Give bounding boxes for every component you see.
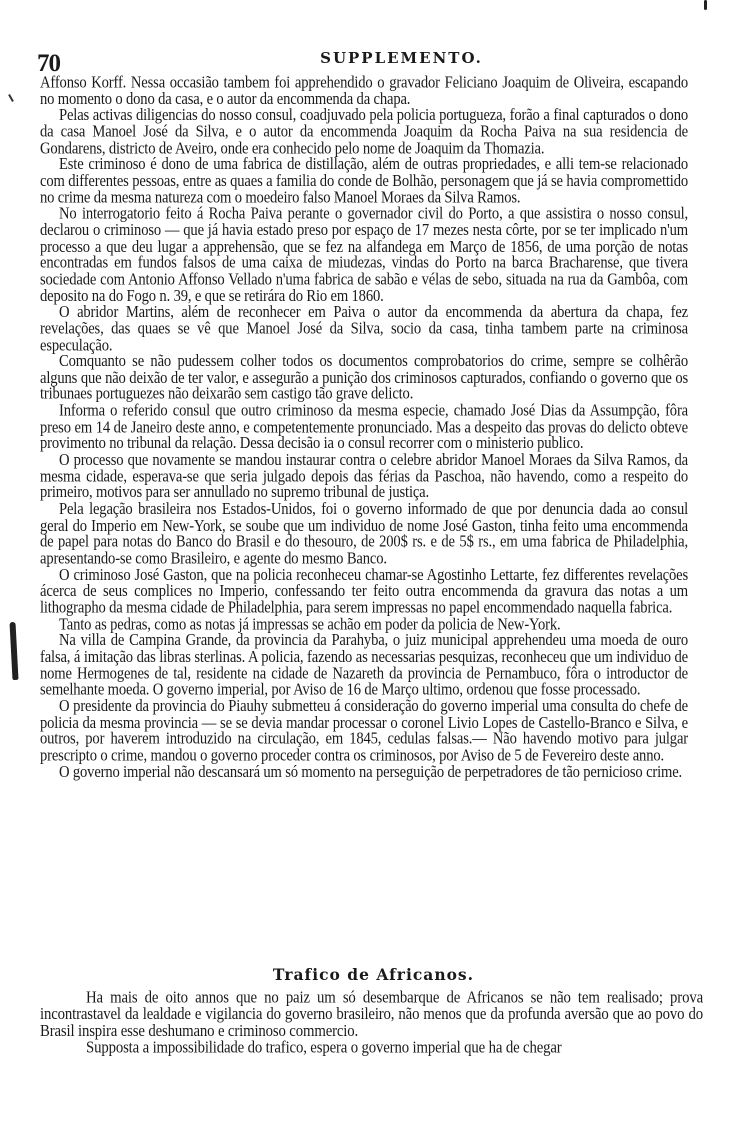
paragraph: O criminoso José Gaston, que na policia … xyxy=(40,567,688,616)
paragraph: O presidente da provincia do Piauhy subm… xyxy=(40,699,688,765)
paragraph: Na villa de Campina Grande, da provincia… xyxy=(40,633,688,699)
paragraph: Comquanto se não pudessem colher todos o… xyxy=(40,354,688,403)
paragraph: Affonso Korff. Nessa occasião tambem foi… xyxy=(40,75,688,108)
paragraph: Informa o referido consul que outro crim… xyxy=(40,403,688,452)
margin-tick-mark xyxy=(8,94,14,102)
margin-ink-mark xyxy=(9,622,18,680)
paragraph: Pela legação brasileira nos Estados-Unid… xyxy=(40,502,688,568)
paragraph: Ha mais de oito annos que no paiz um só … xyxy=(40,990,703,1040)
running-title: SUPPLEMENTO. xyxy=(0,49,747,67)
corner-ink-mark xyxy=(704,0,707,10)
scanned-page: 70 SUPPLEMENTO. Affonso Korff. Nessa occ… xyxy=(0,0,747,1143)
paragraph: O processo que novamente se mandou insta… xyxy=(40,453,688,502)
paragraph: Tanto as pedras, como as notas já impres… xyxy=(40,617,688,633)
body-text-section-2: Ha mais de oito annos que no paiz um só … xyxy=(40,990,703,1057)
paragraph: Supposta a impossibilidade do trafico, e… xyxy=(40,1040,703,1057)
paragraph: Pelas activas diligencias do nosso consu… xyxy=(40,108,688,157)
paragraph: O governo imperial não descansará um só … xyxy=(40,764,688,780)
paragraph: Este criminoso é dono de uma fabrica de … xyxy=(40,157,688,206)
section-title: Trafico de Africanos. xyxy=(0,965,747,984)
paragraph: No interrogatorio feito á Rocha Paiva pe… xyxy=(40,206,688,304)
body-text-section-1: Affonso Korff. Nessa occasião tambem foi… xyxy=(40,75,688,781)
paragraph: O abridor Martins, além de reconhecer em… xyxy=(40,305,688,354)
